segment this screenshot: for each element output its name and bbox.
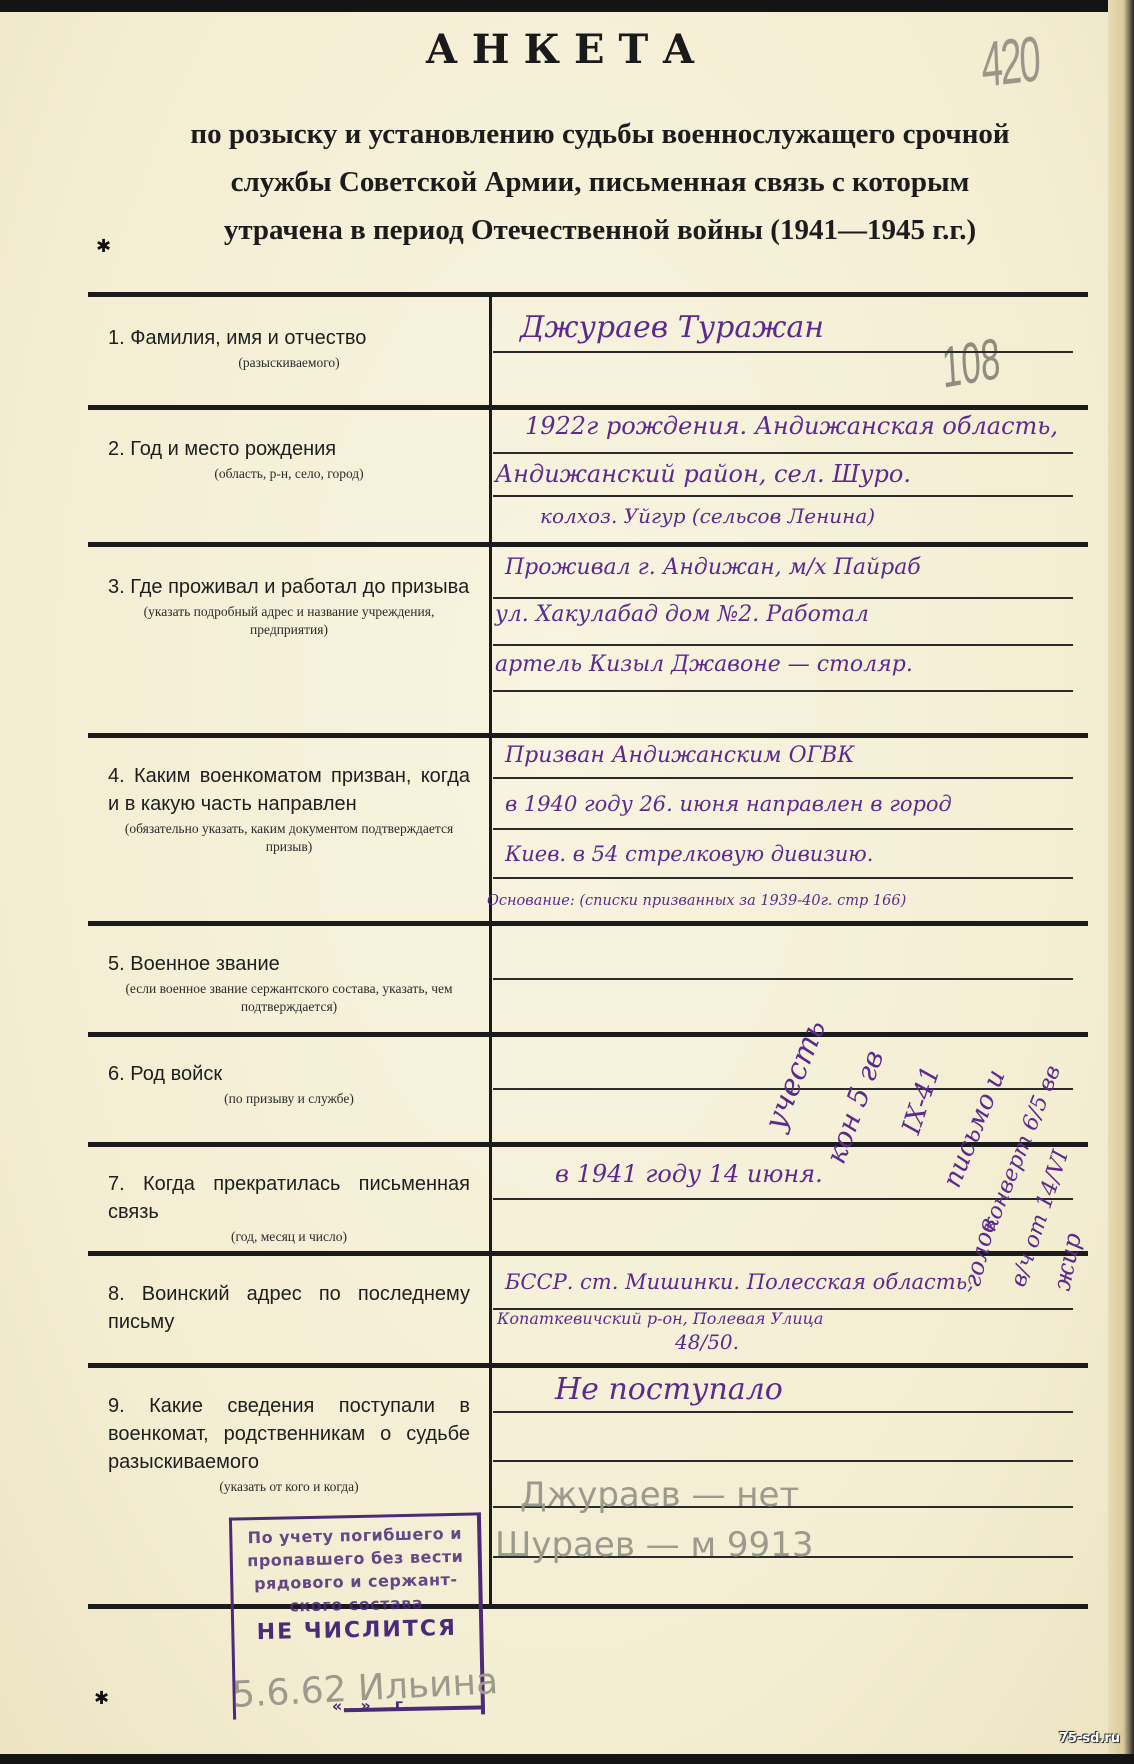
question-9: 9. Какие сведения поступали в военкомат,… (108, 1392, 470, 1496)
answer-line (493, 1460, 1073, 1462)
question-2: 2. Год и место рождения (область, р-н, с… (108, 435, 470, 483)
question-3: 3. Где проживал и работал до призыва (ук… (108, 573, 470, 639)
question-label: Воинский адрес по последнему письму (108, 1283, 470, 1333)
archive-number: 420 (980, 21, 1040, 101)
question-hint: (если военное звание сержантского состав… (108, 980, 470, 1016)
question-number: 3. (108, 576, 125, 598)
row-divider (88, 542, 1088, 547)
document-subtitle: по розыску и установлению судьбы военнос… (110, 110, 1090, 254)
answer-line (493, 351, 1073, 353)
site-watermark: 75-sd.ru (1059, 1731, 1120, 1746)
question-7: 7. Когда прекратилась письменная связь (… (108, 1170, 470, 1246)
question-hint: (область, р-н, село, город) (108, 465, 470, 483)
answer-line (493, 828, 1073, 830)
question-hint: (год, месяц и число) (108, 1228, 470, 1246)
question-label: Каким военкоматом призван, когда и в как… (108, 765, 470, 815)
binder-hole-mark: ✱ (94, 1688, 109, 1709)
row-divider (88, 1142, 1088, 1147)
document-title: АНКЕТА (0, 26, 1134, 73)
answer-line (493, 877, 1073, 879)
question-4: 4. Каким военкоматом призван, когда и в … (108, 762, 470, 856)
answer-4-line: Призван Андижанским ОГВК (505, 743, 854, 768)
answer-2-line: 1922г рождения. Андижанская область, (525, 412, 1058, 440)
answer-4-line: Основание: (списки призванных за 1939-40… (487, 893, 906, 909)
binder-hole-mark: ✱ (96, 236, 111, 257)
question-hint: (указать от кого и когда) (108, 1478, 470, 1496)
question-label: Военное звание (130, 953, 280, 975)
pencil-note: Шураев — м 9913 (495, 1525, 813, 1565)
answer-line (493, 644, 1073, 646)
answer-2-line: Андижанский район, сел. Шуро. (495, 460, 911, 488)
question-number: 5. (108, 953, 125, 975)
question-1: 1. Фамилия, имя и отчество (разыскиваемо… (108, 324, 470, 372)
column-divider (489, 297, 492, 1604)
row-divider (88, 1251, 1088, 1256)
pencil-number: 108 (940, 325, 1002, 402)
answer-3-line: артель Кизыл Джавоне — столяр. (495, 652, 913, 677)
question-label: Род войск (130, 1063, 222, 1085)
answer-line (493, 690, 1073, 692)
question-number: 2. (108, 438, 125, 460)
answer-7-line: в 1941 году 14 июня. (555, 1160, 823, 1188)
answer-8-line: 48/50. (675, 1330, 739, 1354)
row-divider (88, 292, 1088, 297)
answer-8-line: Копаткевичский р-он, Полевая Улица (497, 1309, 823, 1328)
row-divider (88, 733, 1088, 738)
row-divider (88, 405, 1088, 410)
row-divider (88, 921, 1088, 926)
subtitle-line: по розыску и установлению судьбы военнос… (110, 110, 1090, 158)
subtitle-line: утрачена в период Отечественной войны (1… (110, 206, 1090, 254)
question-label: Когда прекратилась письменная связь (108, 1173, 470, 1223)
answer-3-line: Проживал г. Андижан, м/х Пайраб (505, 555, 921, 580)
question-hint: (по призыву и службе) (108, 1090, 470, 1108)
answer-9-line: Не поступало (555, 1372, 783, 1407)
question-hint: (обязательно указать, каким документом п… (108, 820, 470, 856)
answer-8-line: БССР. ст. Мишинки. Полесская область, (505, 1270, 974, 1294)
scan-top-edge (0, 0, 1134, 12)
question-label: Где проживал и работал до призыва (130, 576, 469, 598)
question-number: 7. (108, 1173, 125, 1195)
question-6: 6. Род войск (по призыву и службе) (108, 1060, 470, 1108)
answer-line (493, 597, 1073, 599)
question-label: Год и место рождения (130, 438, 336, 460)
question-number: 8. (108, 1283, 125, 1305)
stamp-status: НЕ ЧИСЛИТСЯ (234, 1615, 479, 1645)
question-label: Фамилия, имя и отчество (130, 327, 366, 349)
scan-right-edge (1108, 0, 1134, 1764)
question-label: Какие сведения поступали в военкомат, ро… (108, 1395, 470, 1473)
question-hint: (указать подробный адрес и название учре… (108, 603, 470, 639)
scan-bottom-edge (0, 1754, 1134, 1764)
answer-line (493, 1411, 1073, 1413)
question-number: 9. (108, 1395, 125, 1417)
answer-line (493, 777, 1073, 779)
question-number: 1. (108, 327, 125, 349)
answer-2-line: колхоз. Уйгур (сельсов Ленина) (540, 504, 875, 528)
answer-line (493, 495, 1073, 497)
subtitle-line: службы Советской Армии, письменная связь… (110, 158, 1090, 206)
stamp-line: ского состава (234, 1590, 479, 1618)
answer-4-line: в 1940 году 26. июня направлен в город (505, 792, 952, 816)
question-5: 5. Военное звание (если военное звание с… (108, 950, 470, 1016)
question-8: 8. Воинский адрес по последнему письму (108, 1280, 470, 1338)
question-number: 4. (108, 765, 125, 787)
row-divider (88, 1363, 1088, 1368)
answer-4-line: Киев. в 54 стрелковую дивизию. (505, 842, 873, 866)
question-number: 6. (108, 1063, 125, 1085)
row-divider (88, 1032, 1088, 1037)
answer-1-line: Джураев Туражан (520, 310, 824, 345)
answer-line (493, 978, 1073, 980)
pencil-note: Джураев — нет (520, 1475, 799, 1515)
answer-line (493, 452, 1073, 454)
question-hint: (разыскиваемого) (108, 354, 470, 372)
answer-3-line: ул. Хакулабад дом №2. Работал (495, 602, 869, 627)
answer-line (493, 1198, 1073, 1200)
